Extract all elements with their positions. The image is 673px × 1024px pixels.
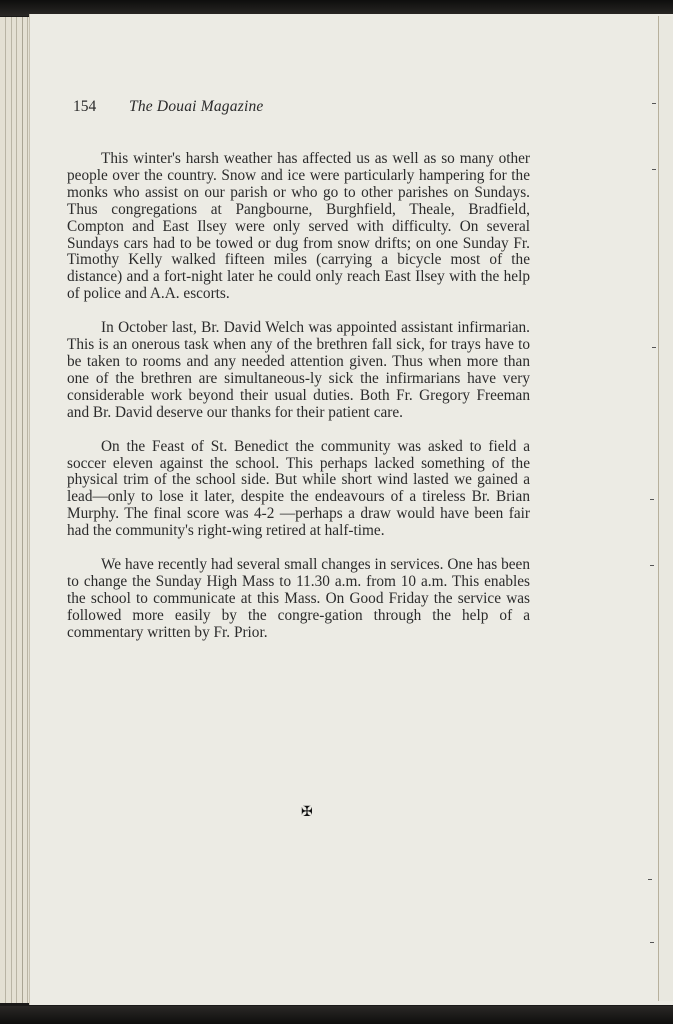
page-fold-panel — [659, 16, 673, 1001]
paragraph-infirmarian: In October last, Br. David Welch was app… — [67, 320, 530, 421]
publication-title: The Douai Magazine — [129, 98, 263, 115]
page-edge-line — [5, 17, 6, 1003]
paragraph-soccer-match: On the Feast of St. Benedict the communi… — [67, 439, 530, 540]
scan-border-bottom — [0, 1006, 673, 1024]
fold-mark — [648, 879, 652, 880]
page-edge-line — [11, 17, 12, 1003]
fold-mark — [652, 103, 656, 104]
paragraph-service-changes: We have recently had several small chang… — [67, 557, 530, 642]
article-body: This winter's harsh weather has affected… — [67, 151, 530, 642]
page-stack-edges — [0, 17, 34, 1003]
fold-mark — [650, 942, 654, 943]
page-edge-line — [22, 17, 23, 1003]
cross-pattee-icon: ✠ — [300, 805, 314, 819]
fold-mark — [652, 169, 656, 170]
page-edge-line — [27, 17, 28, 1003]
page-edge-line — [16, 17, 17, 1003]
paragraph-winter-weather: This winter's harsh weather has affected… — [67, 151, 530, 303]
fold-mark — [650, 565, 654, 566]
fold-mark — [652, 347, 656, 348]
fold-mark — [650, 499, 654, 500]
running-header: 154The Douai Magazine — [73, 98, 263, 116]
page-number: 154 — [73, 98, 129, 116]
